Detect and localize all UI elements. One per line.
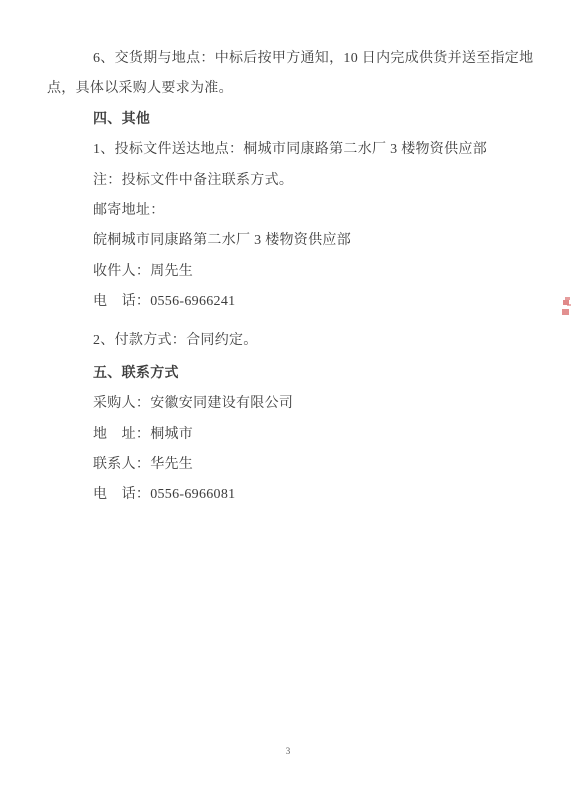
red-ink-mark [560,296,574,318]
paragraph-mailing-address: 皖桐城市同康路第二水厂 3 楼物资供应部 [47,226,531,256]
paragraph-contact-person: 联系人：华先生 [47,450,531,480]
paragraph-purchaser: 采购人：安徽安同建设有限公司 [47,389,531,419]
paragraph-bid-delivery-address: 1、投标文件送达地点：桐城市同康路第二水厂 3 楼物资供应部 [47,135,531,165]
paragraph-recipient: 收件人：周先生 [47,257,531,287]
paragraph-address: 地 址：桐城市 [47,420,531,450]
paragraph-note: 注：投标文件中备注联系方式。 [47,166,531,196]
paragraph-payment-method: 2、付款方式：合同约定。 [47,326,531,356]
section-heading-five: 五、联系方式 [47,359,531,389]
section-heading-four: 四、其他 [47,105,531,135]
paragraph-delivery-line1: 6、交货期与地点：中标后按甲方通知，10 日内完成供货并送至指定地 [47,44,531,74]
page-number: 3 [0,746,576,756]
paragraph-phone-1: 电 话：0556-6966241 [47,287,531,317]
paragraph-phone-2: 电 话：0556-6966081 [47,480,531,510]
document-page: 6、交货期与地点：中标后按甲方通知，10 日内完成供货并送至指定地 点，具体以采… [0,0,576,795]
paragraph-mailing-address-label: 邮寄地址： [47,196,531,226]
paragraph-delivery-line2: 点，具体以采购人要求为准。 [47,74,531,104]
document-body: 6、交货期与地点：中标后按甲方通知，10 日内完成供货并送至指定地 点，具体以采… [47,44,531,511]
